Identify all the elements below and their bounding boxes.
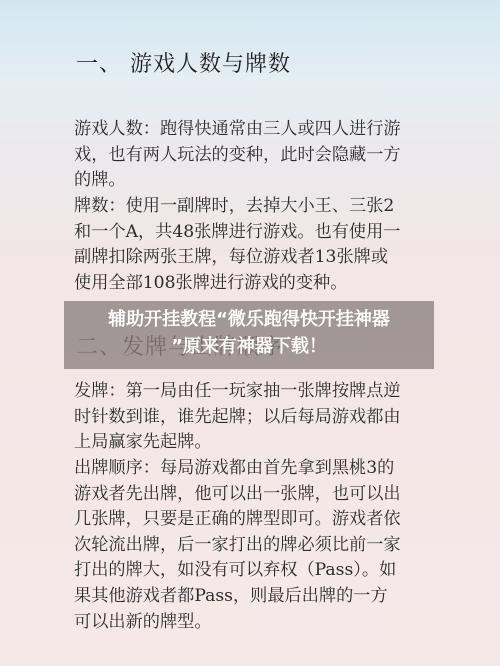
overlay-title-line: ”原来有神器下载！ <box>64 333 434 360</box>
text-line: 的牌。 <box>74 168 430 194</box>
section-1-heading: 一、 游戏人数与牌数 <box>76 50 291 80</box>
text-line: 使用全部108张牌进行游戏的变种。 <box>74 271 430 297</box>
dealing-paragraph: 发牌：第一局由任一玩家抽一张牌按牌点逆 时针数到谁，谁先起牌；以后每局游戏都由 … <box>74 379 430 456</box>
text-line: 牌数：使用一副牌时，去掉大小王、三张2 <box>74 194 430 220</box>
text-line: 戏，也有两人玩法的变种，此时会隐藏一方 <box>74 143 430 169</box>
players-paragraph: 游戏人数：跑得快通常由三人或四人进行游 戏，也有两人玩法的变种，此时会隐藏一方 … <box>74 117 430 194</box>
text-line: 果其他游戏者都Pass，则最后出牌的一方 <box>74 584 430 610</box>
document-page: 一、 游戏人数与牌数 游戏人数：跑得快通常由三人或四人进行游 戏，也有两人玩法的… <box>0 0 500 666</box>
text-line: 打出的牌大，如没有可以弃权（Pass）。如 <box>74 558 430 584</box>
text-line: 和一个A，共48张牌进行游戏。也有使用一 <box>74 220 430 246</box>
text-line: 时针数到谁，谁先起牌；以后每局游戏都由 <box>74 405 430 431</box>
overlay-title: 辅助开挂教程“微乐跑得快开挂神器 ”原来有神器下载！ <box>64 301 434 360</box>
text-line: 可以出新的牌型。 <box>74 610 430 636</box>
text-line: 发牌：第一局由任一玩家抽一张牌按牌点逆 <box>74 379 430 405</box>
text-line: 游戏者先出牌，他可以出一张牌，也可以出 <box>74 482 430 508</box>
text-line: 上局赢家先起牌。 <box>74 430 430 456</box>
text-line: 游戏人数：跑得快通常由三人或四人进行游 <box>74 117 430 143</box>
text-line: 出牌顺序：每局游戏都由首先拿到黑桃3的 <box>74 456 430 482</box>
text-line: 副牌扣除两张王牌，每位游戏者13张牌或 <box>74 245 430 271</box>
play-order-paragraph: 出牌顺序：每局游戏都由首先拿到黑桃3的 游戏者先出牌，他可以出一张牌，也可以出 … <box>74 456 430 635</box>
text-line: 次轮流出牌，后一家打出的牌必须比前一家 <box>74 533 430 559</box>
cards-paragraph: 牌数：使用一副牌时，去掉大小王、三张2 和一个A，共48张牌进行游戏。也有使用一… <box>74 194 430 296</box>
overlay-title-line: 辅助开挂教程“微乐跑得快开挂神器 <box>64 306 434 333</box>
title-overlay-banner: 辅助开挂教程“微乐跑得快开挂神器 ”原来有神器下载！ <box>64 301 434 369</box>
text-line: 几张牌，只要是正确的牌型即可。游戏者依 <box>74 507 430 533</box>
